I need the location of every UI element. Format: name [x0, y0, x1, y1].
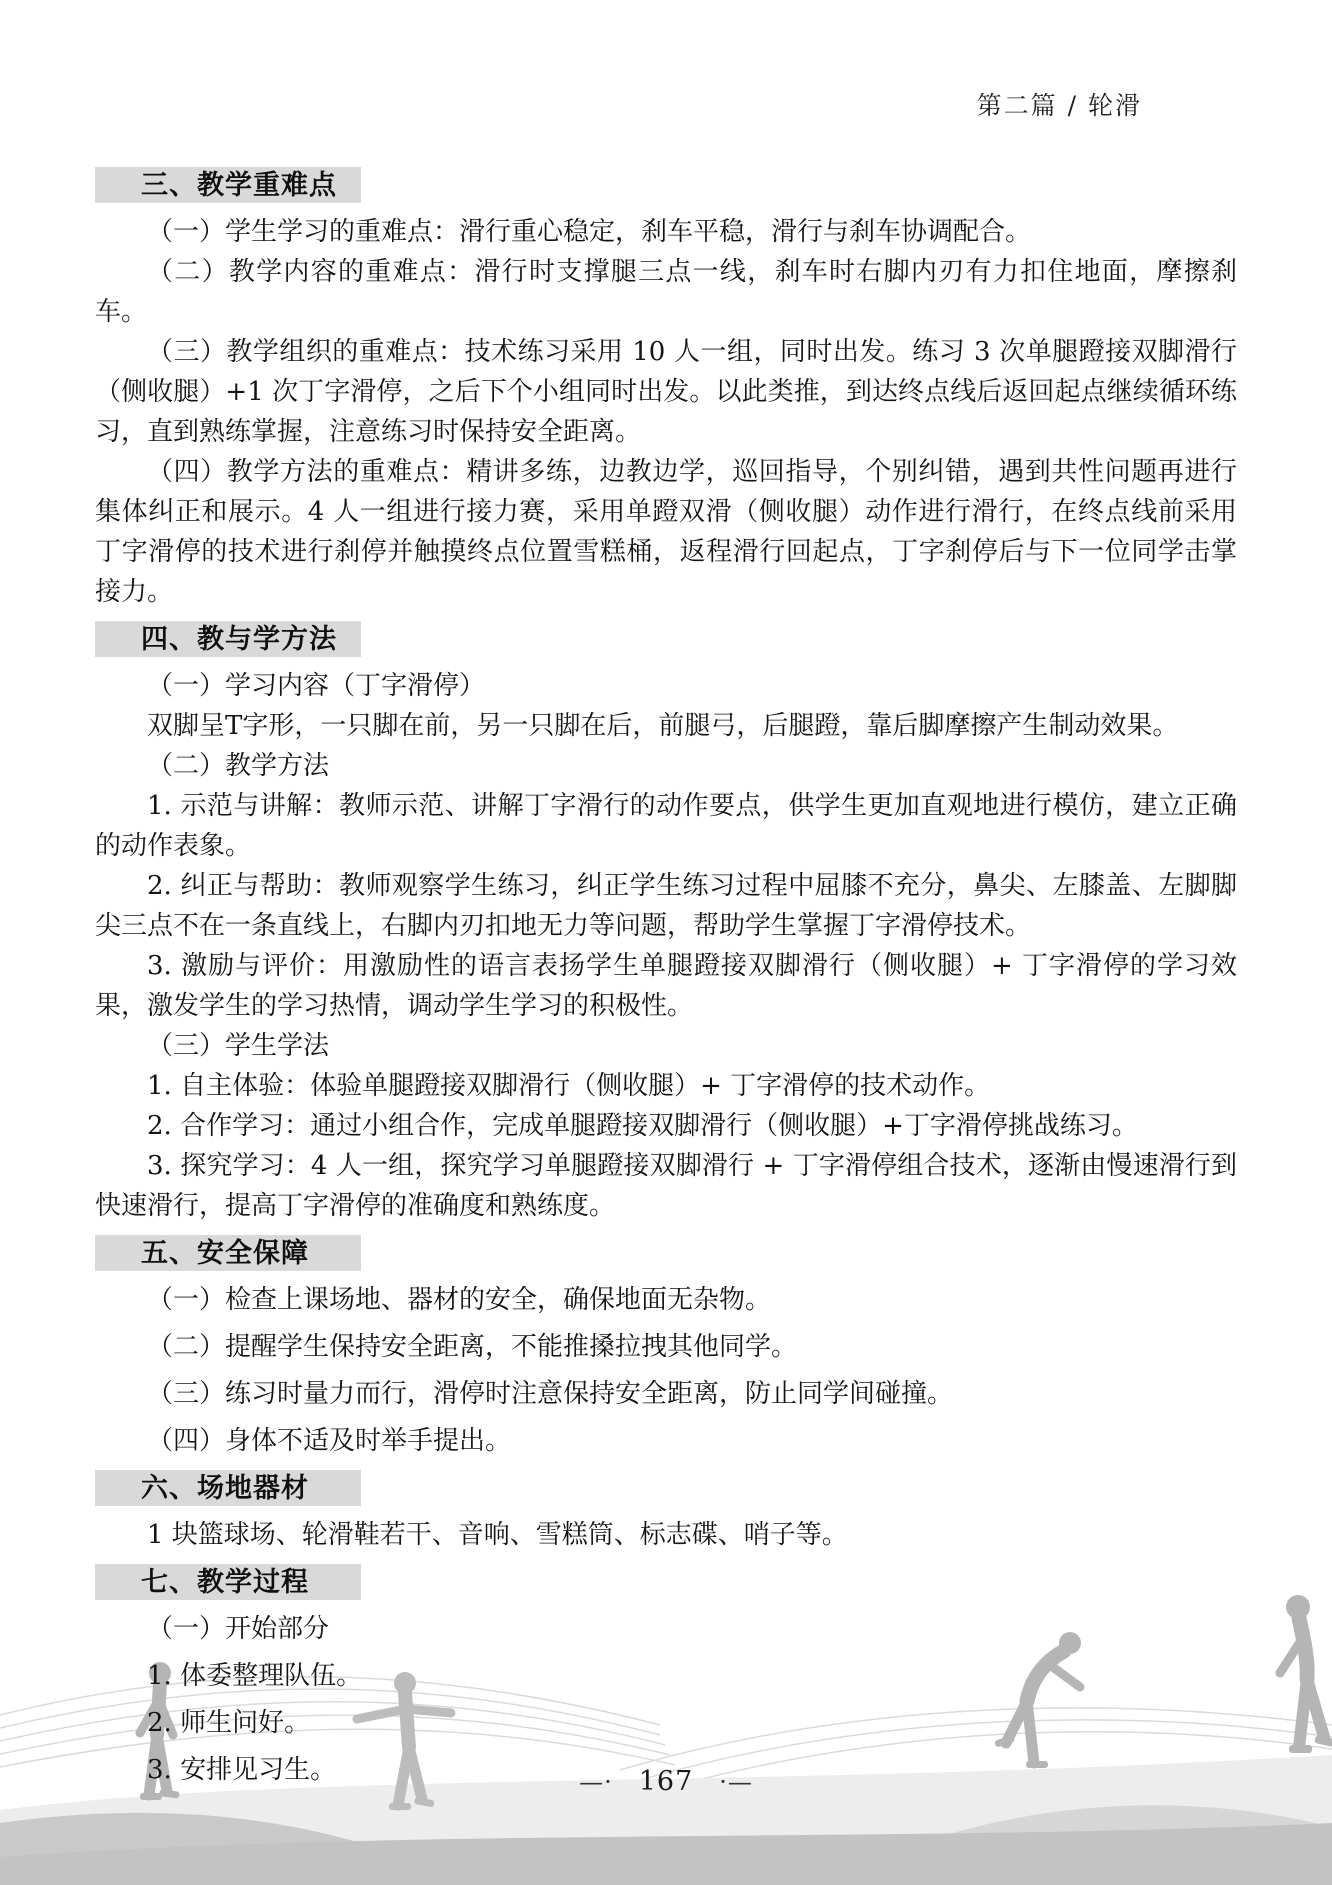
- section-teaching-key-difficulties: 三、教学重难点 （一）学生学习的重难点：滑行重心稳定，刹车平稳，滑行与刹车协调配…: [95, 167, 1237, 612]
- wave-band: [0, 1823, 1332, 1885]
- paragraph: 3. 激励与评价：用激励性的语言表扬学生单腿蹬接双脚滑行（侧收腿）+ 丁字滑停的…: [95, 946, 1237, 1026]
- paragraph: （四）身体不适及时举手提出。: [95, 1421, 1237, 1461]
- section-heading: 五、安全保障: [95, 1235, 361, 1271]
- section-heading: 四、教与学方法: [95, 621, 361, 657]
- paragraph: 1. 示范与讲解：教师示范、讲解丁字滑行的动作要点，供学生更加直观地进行模仿，建…: [95, 786, 1237, 866]
- paragraph: 1. 自主体验：体验单腿蹬接双脚滑行（侧收腿）+ 丁字滑停的技术动作。: [95, 1066, 1237, 1106]
- paragraph: 2. 师生问好。: [95, 1703, 1237, 1743]
- paragraph: （一）学习内容（丁字滑停）: [95, 666, 1237, 706]
- paragraph: （一）开始部分: [95, 1609, 1237, 1649]
- paragraph: （二）教学内容的重难点：滑行时支撑腿三点一线，刹车时右脚内刃有力扣住地面，摩擦刹…: [95, 252, 1237, 332]
- paragraph: 2. 合作学习：通过小组合作，完成单腿蹬接双脚滑行（侧收腿）+丁字滑停挑战练习。: [95, 1106, 1237, 1146]
- wave-band: [820, 1805, 1332, 1885]
- paragraph: 1. 体委整理队伍。: [95, 1656, 1237, 1696]
- section-teaching-learning-methods: 四、教与学方法 （一）学习内容（丁字滑停） 双脚呈T字形，一只脚在前，另一只脚在…: [95, 621, 1237, 1226]
- roller-skater-icon: [1280, 1595, 1332, 1753]
- page-header: 第二篇 / 轮滑: [977, 86, 1142, 122]
- paragraph: （一）学生学习的重难点：滑行重心稳定，刹车平稳，滑行与刹车协调配合。: [95, 212, 1237, 252]
- section-venue-equipment: 六、场地器材 1 块篮球场、轮滑鞋若干、音响、雪糕筒、标志碟、哨子等。: [95, 1470, 1237, 1555]
- paragraph: （二）提醒学生保持安全距离，不能推搡拉拽其他同学。: [95, 1327, 1237, 1367]
- section-heading: 七、教学过程: [95, 1564, 361, 1600]
- paragraph: （四）教学方法的重难点：精讲多练，边教边学，巡回指导，个别纠错，遇到共性问题再进…: [95, 452, 1237, 612]
- paragraph: （三）练习时量力而行，滑停时注意保持安全距离，防止同学间碰撞。: [95, 1374, 1237, 1414]
- section-heading: 三、教学重难点: [95, 167, 361, 203]
- wave-band: [0, 1813, 470, 1885]
- page-number-left-ornament: —·: [579, 1768, 613, 1796]
- page-number-value: 167: [639, 1766, 694, 1797]
- paragraph: （一）检查上课场地、器材的安全，确保地面无杂物。: [95, 1280, 1237, 1320]
- paragraph: 双脚呈T字形，一只脚在前，另一只脚在后，前腿弓，后腿蹬，靠后脚摩擦产生制动效果。: [95, 706, 1237, 746]
- page-content: 三、教学重难点 （一）学生学习的重难点：滑行重心稳定，刹车平稳，滑行与刹车协调配…: [95, 158, 1237, 1797]
- document-page: { "page_header": { "text": "第二篇 / 轮滑" },…: [0, 0, 1332, 1885]
- paragraph: （三）学生学法: [95, 1026, 1237, 1066]
- paragraph: （三）教学组织的重难点：技术练习采用 10 人一组，同时出发。练习 3 次单腿蹬…: [95, 332, 1237, 452]
- paragraph: 1 块篮球场、轮滑鞋若干、音响、雪糕筒、标志碟、哨子等。: [95, 1515, 1237, 1555]
- paragraph: （二）教学方法: [95, 746, 1237, 786]
- paragraph: 2. 纠正与帮助：教师观察学生练习，纠正学生练习过程中屈膝不充分，鼻尖、左膝盖、…: [95, 866, 1237, 946]
- section-heading: 六、场地器材: [95, 1470, 361, 1506]
- page-number: —·167·—: [0, 1766, 1332, 1797]
- section-teaching-process: 七、教学过程 （一）开始部分 1. 体委整理队伍。 2. 师生问好。 3. 安排…: [95, 1564, 1237, 1790]
- page-number-right-ornament: ·—: [719, 1768, 753, 1796]
- paragraph: 3. 探究学习：4 人一组，探究学习单腿蹬接双脚滑行 + 丁字滑停组合技术，逐渐…: [95, 1146, 1237, 1226]
- section-safety-guarantee: 五、安全保障 （一）检查上课场地、器材的安全，确保地面无杂物。 （二）提醒学生保…: [95, 1235, 1237, 1461]
